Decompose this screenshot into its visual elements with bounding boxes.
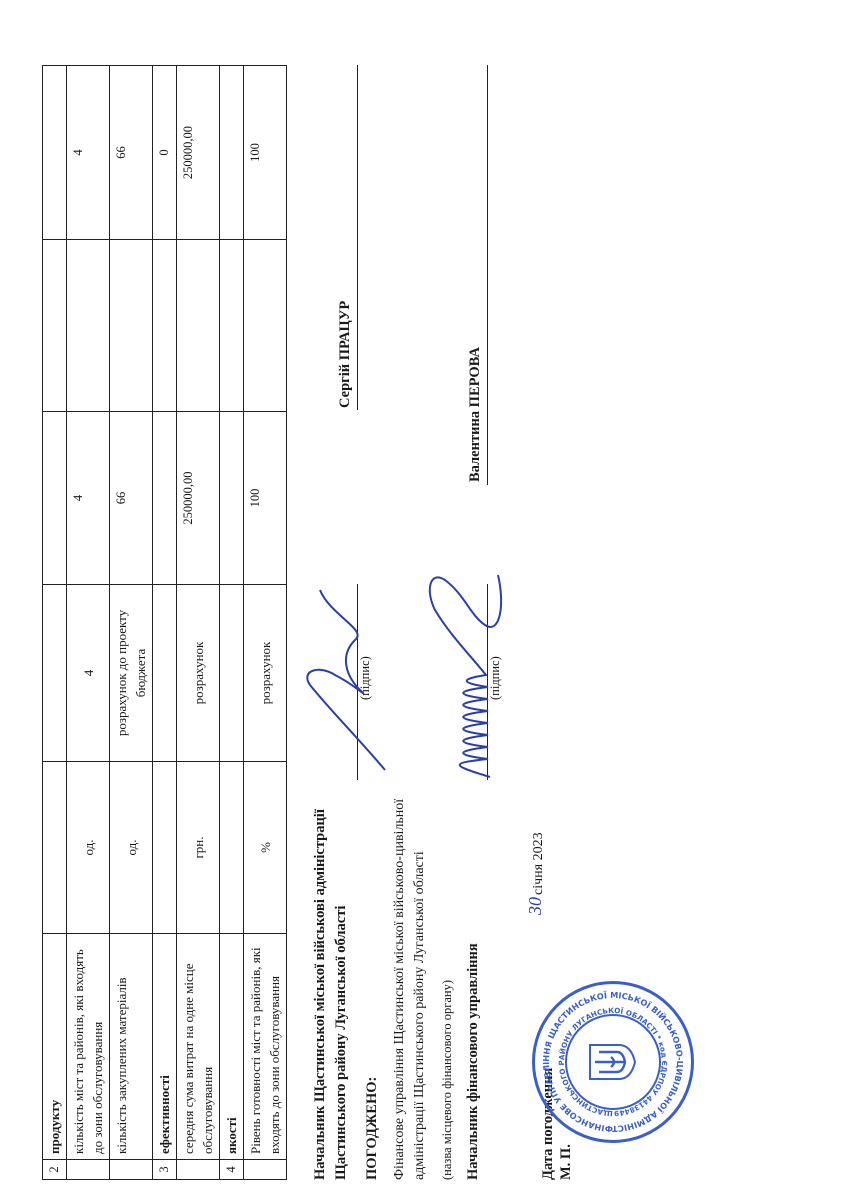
source-cell xyxy=(43,585,67,762)
value-cell xyxy=(220,240,244,412)
agreed-label: ПОГОДЖЕНО: xyxy=(364,1077,381,1180)
value-cell xyxy=(220,412,244,585)
num-cell xyxy=(244,1160,287,1180)
table-row: 4якості xyxy=(220,66,244,1180)
unit-cell xyxy=(220,762,244,934)
indicator-name-cell: Рівень готовності міст та районів, які в… xyxy=(244,934,287,1160)
indicator-name-cell: кількість міст та районів, які входять д… xyxy=(67,934,110,1160)
indicator-name-cell: продукту xyxy=(43,934,67,1160)
date-rest: січня 2023 xyxy=(531,832,547,895)
fin-org-line1: Фінансове управління Щастинської міської… xyxy=(392,799,408,1180)
table-row: середня сума витрат на одне місце обслуг… xyxy=(177,66,220,1180)
head-signature-scribble xyxy=(300,580,390,780)
indicator-name-cell: якості xyxy=(220,934,244,1160)
head-title-line2: Щастинського району Луганської області xyxy=(333,906,350,1180)
value-cell xyxy=(43,412,67,585)
head-title-line1: Начальник Щастинської міської військові … xyxy=(312,809,329,1180)
seal-inner-ring xyxy=(565,1014,661,1110)
fin-name-line xyxy=(487,65,488,485)
source-cell: розрахунок до проекту бюджета xyxy=(110,585,153,762)
source-cell xyxy=(220,585,244,762)
indicator-name-cell: ефективності xyxy=(153,934,177,1160)
value-cell: 0 xyxy=(153,66,177,240)
table-row: кількість міст та районів, які входять д… xyxy=(67,66,110,1180)
table-row: 2продукту xyxy=(43,66,67,1180)
value-cell xyxy=(177,240,220,412)
value-cell xyxy=(220,66,244,240)
document-page: 2продуктукількість міст та районів, які … xyxy=(0,0,848,1200)
num-cell xyxy=(110,1160,153,1180)
value-cell: 66 xyxy=(110,66,153,240)
value-cell: 250000,00 xyxy=(177,412,220,585)
table-row: кількість закуплених матеріалівод.розрах… xyxy=(110,66,153,1180)
value-cell xyxy=(43,240,67,412)
value-cell xyxy=(110,240,153,412)
unit-cell: од. xyxy=(67,762,110,934)
source-cell: розрахунок xyxy=(244,585,287,762)
fin-signature-scribble xyxy=(410,555,510,785)
value-cell: 100 xyxy=(244,412,287,585)
head-name: Сергій ПРАЦУР xyxy=(337,301,354,408)
value-cell xyxy=(153,412,177,585)
trident-emblem-icon xyxy=(587,1042,637,1082)
head-name-line xyxy=(357,65,358,410)
value-cell: 66 xyxy=(110,412,153,585)
num-cell: 4 xyxy=(220,1160,244,1180)
unit-cell xyxy=(43,762,67,934)
indicators-table: 2продуктукількість міст та районів, які … xyxy=(42,65,287,1180)
unit-cell: грн. xyxy=(177,762,220,934)
table-row: 3ефективності0 xyxy=(153,66,177,1180)
unit-cell: % xyxy=(244,762,287,934)
value-cell xyxy=(244,240,287,412)
value-cell: 4 xyxy=(67,412,110,585)
indicator-name-cell: кількість закуплених матеріалів xyxy=(110,934,153,1160)
unit-cell: од. xyxy=(110,762,153,934)
stamp-label: М. П. xyxy=(558,1144,575,1180)
fin-org-caption: (назва місцевого фінансового органу) xyxy=(440,980,455,1180)
fin-head-title: Начальник фінансового управління xyxy=(465,943,482,1180)
source-cell xyxy=(153,585,177,762)
value-cell xyxy=(153,240,177,412)
num-cell xyxy=(177,1160,220,1180)
value-cell xyxy=(67,240,110,412)
num-cell: 3 xyxy=(153,1160,177,1180)
fin-head-name: Валентина ПЕРОВА xyxy=(467,347,484,482)
date-day-handwritten: 30 xyxy=(525,897,546,915)
value-cell: 100 xyxy=(244,66,287,240)
source-cell: розрахунок xyxy=(177,585,220,762)
num-cell: 2 xyxy=(43,1160,67,1180)
num-cell xyxy=(67,1160,110,1180)
value-cell: 250000,00 xyxy=(177,66,220,240)
value-cell xyxy=(43,66,67,240)
value-cell: 4 xyxy=(67,66,110,240)
table-row: Рівень готовності міст та районів, які в… xyxy=(244,66,287,1180)
official-seal: ФІНАНСОВЕ УПРАВЛІННЯ ЩАСТИНСЬКОЇ МІСЬКОЇ… xyxy=(532,981,694,1143)
fin-org-line2: адміністрації Щастинського району Луганс… xyxy=(412,851,428,1180)
indicator-name-cell: середня сума витрат на одне місце обслуг… xyxy=(177,934,220,1160)
source-cell: 4 xyxy=(67,585,110,762)
unit-cell xyxy=(153,762,177,934)
